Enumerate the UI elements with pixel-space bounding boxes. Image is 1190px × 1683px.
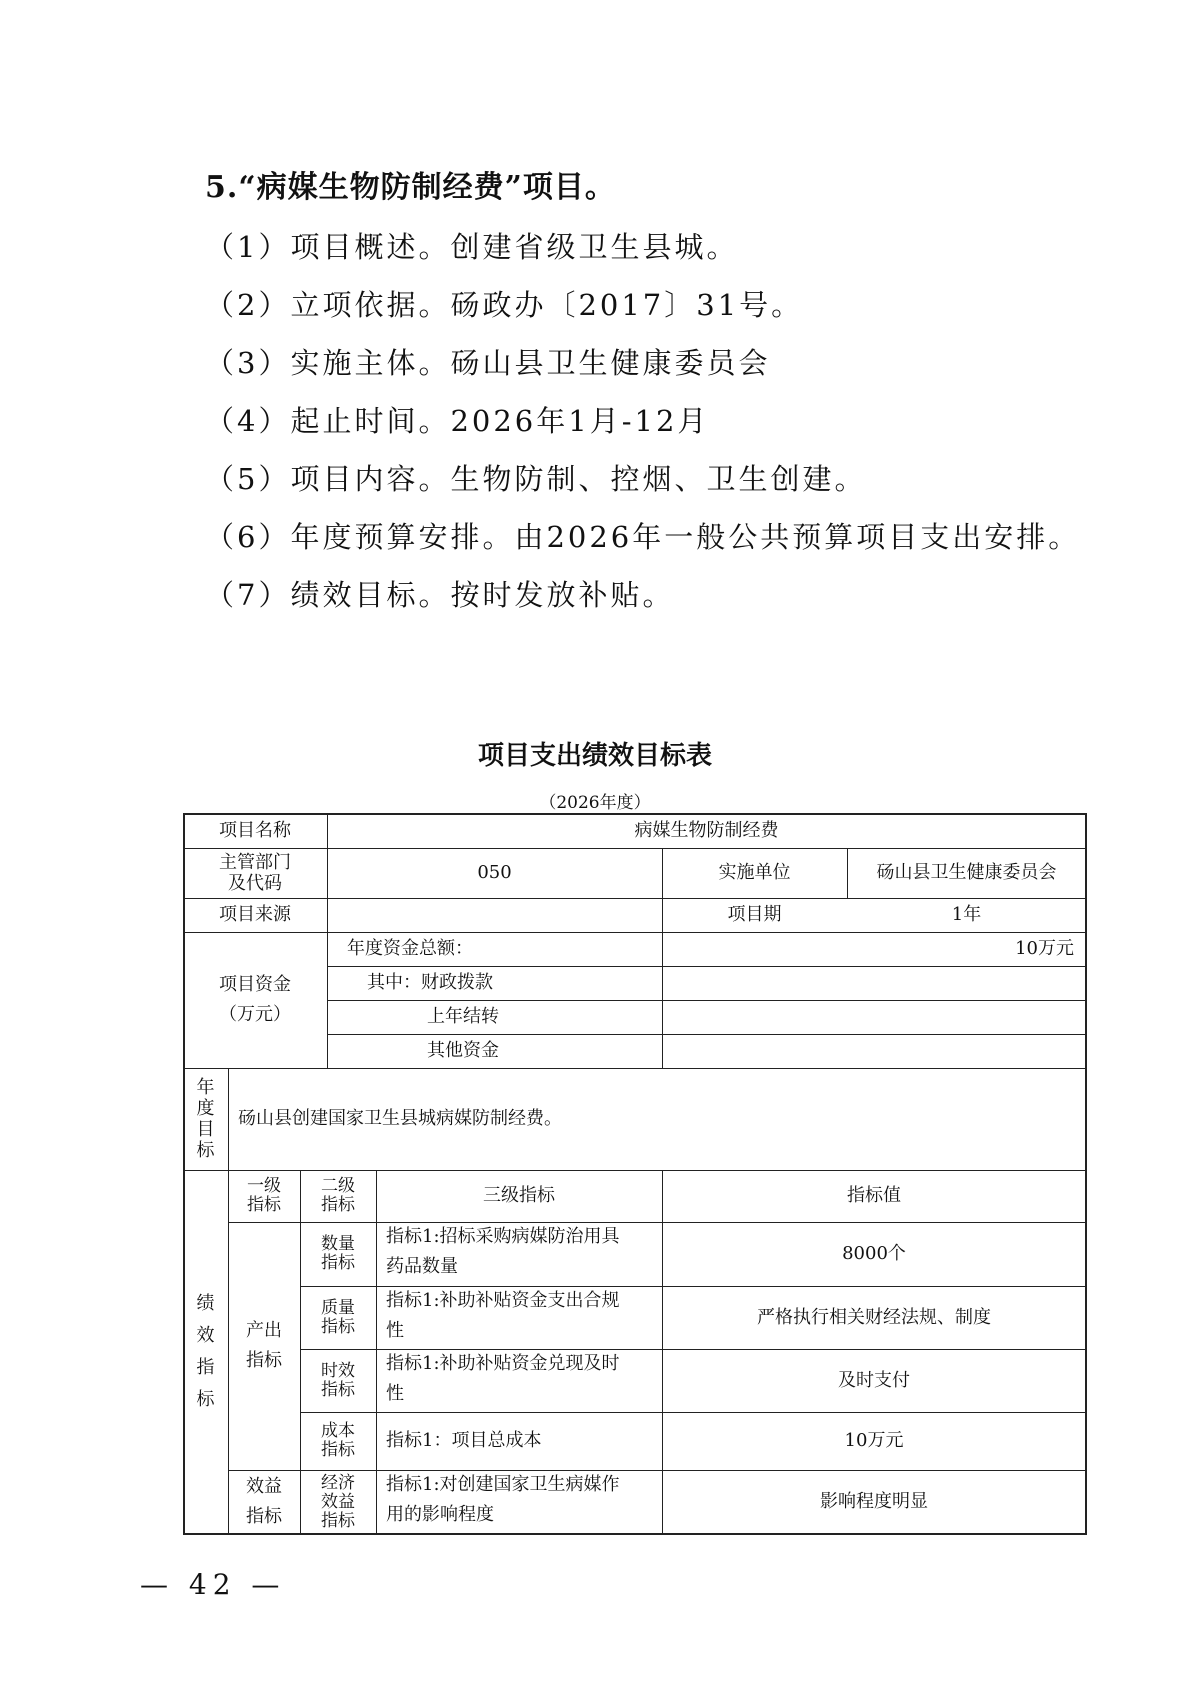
header-value: 指标值 xyxy=(662,1170,1086,1222)
level2-quantity: 数量 指标 xyxy=(300,1222,376,1286)
l2-text: 指标 xyxy=(321,1318,355,1337)
section-heading: 5.“病媒生物防制经费”项目。 xyxy=(205,162,616,206)
l2-text: 指标 xyxy=(321,1512,355,1531)
level3-economic-benefit: 指标1:对创建国家卫生病媒作 用的影响程度 xyxy=(376,1470,662,1534)
l3-text: 指标1:招标采购病媒防治用具 xyxy=(386,1222,620,1252)
value-quantity: 8000个 xyxy=(662,1222,1086,1286)
l2-text: 质量 xyxy=(321,1299,355,1318)
project-name-value: 病媒生物防制经费 xyxy=(327,813,1086,848)
funds-total-label: 年度资金总额： xyxy=(327,932,662,966)
period-value: 1年 xyxy=(847,898,1086,932)
funds-other-label: 其他资金 xyxy=(327,1034,662,1068)
dept-label: 主管部门 及代码 xyxy=(183,848,327,898)
impl-unit-value: 砀山县卫生健康委员会 xyxy=(847,848,1086,898)
level3-quantity: 指标1:招标采购病媒防治用具 药品数量 xyxy=(376,1222,662,1286)
annual-goal-char: 标 xyxy=(197,1140,215,1161)
level2-timeliness: 时效 指标 xyxy=(300,1349,376,1412)
l3-text: 指标1:对创建国家卫生病媒作 xyxy=(386,1470,620,1500)
l3-text: 药品数量 xyxy=(386,1252,458,1282)
header-text: 二级 xyxy=(321,1177,355,1196)
performance-label: 绩 效 指 标 xyxy=(183,1170,228,1534)
funds-carryover-label: 上年结转 xyxy=(327,1000,662,1034)
output-indicator-label: 产出 指标 xyxy=(228,1222,300,1470)
level2-cost: 成本 指标 xyxy=(300,1412,376,1470)
header-level3: 三级指标 xyxy=(376,1170,662,1222)
item-content: （5）项目内容。生物防制、控烟、卫生创建。 xyxy=(205,457,866,498)
funds-label-line1: 项目资金 xyxy=(219,970,291,1000)
benefit-label-text: 效益 xyxy=(246,1472,282,1502)
l2-text: 指标 xyxy=(321,1381,355,1400)
output-label-text: 指标 xyxy=(246,1346,282,1376)
dept-code-value: 050 xyxy=(327,848,662,898)
item-overview: （1）项目概述。创建省级卫生县城。 xyxy=(205,225,738,266)
l2-text: 效益 xyxy=(321,1493,355,1512)
header-text: 指标 xyxy=(247,1196,281,1215)
period-label: 项目期 xyxy=(662,898,847,932)
value-economic-benefit: 影响程度明显 xyxy=(662,1470,1086,1534)
annual-goal-label: 年 度 目 标 xyxy=(183,1068,228,1170)
source-label: 项目来源 xyxy=(183,898,327,932)
table-subtitle: （2026年度） xyxy=(0,788,1190,813)
level3-cost: 指标1：项目总成本 xyxy=(376,1412,662,1470)
item-entity: （3）实施主体。砀山县卫生健康委员会 xyxy=(205,341,770,382)
funds-carryover-value xyxy=(662,1000,1086,1034)
page-number: — 42 — xyxy=(140,1568,285,1601)
l3-text: 用的影响程度 xyxy=(386,1500,494,1530)
benefit-indicator-label: 效益 指标 xyxy=(228,1470,300,1534)
l3-text: 指标1:补助补贴资金兑现及时 xyxy=(386,1349,620,1379)
funds-fiscal-label: 其中：财政拨款 xyxy=(327,966,662,1000)
impl-unit-label: 实施单位 xyxy=(662,848,847,898)
perf-char: 绩 xyxy=(197,1288,215,1320)
funds-label-line2: （万元） xyxy=(219,1000,291,1030)
annual-goal-char: 度 xyxy=(197,1098,215,1119)
item-budget: （6）年度预算安排。由2026年一般公共预算项目支出安排。 xyxy=(205,515,1080,556)
source-value xyxy=(327,898,662,932)
perf-char: 标 xyxy=(197,1384,215,1416)
l3-text: 指标1:补助补贴资金支出合规 xyxy=(386,1286,620,1316)
perf-char: 效 xyxy=(197,1320,215,1352)
output-label-text: 产出 xyxy=(246,1316,282,1346)
item-period: （4）起止时间。2026年1月-12月 xyxy=(205,399,709,440)
funds-label: 项目资金 （万元） xyxy=(183,932,327,1068)
l2-text: 时效 xyxy=(321,1362,355,1381)
project-name-label: 项目名称 xyxy=(183,813,327,848)
perf-char: 指 xyxy=(197,1352,215,1384)
dept-label-line1: 主管部门 xyxy=(219,852,291,873)
annual-goal-value: 砀山县创建国家卫生县城病媒防制经费。 xyxy=(228,1068,1086,1170)
l2-text: 指标 xyxy=(321,1441,355,1460)
dept-label-line2: 及代码 xyxy=(228,873,282,894)
l2-text: 经济 xyxy=(321,1474,355,1493)
level3-quality: 指标1:补助补贴资金支出合规 性 xyxy=(376,1286,662,1349)
l2-text: 指标 xyxy=(321,1254,355,1273)
l3-text: 性 xyxy=(386,1379,404,1409)
funds-other-value xyxy=(662,1034,1086,1068)
funds-fiscal-value xyxy=(662,966,1086,1000)
l3-text: 性 xyxy=(386,1316,404,1346)
level2-economic-benefit: 经济 效益 指标 xyxy=(300,1470,376,1534)
level3-timeliness: 指标1:补助补贴资金兑现及时 性 xyxy=(376,1349,662,1412)
header-level2: 二级 指标 xyxy=(300,1170,376,1222)
header-level1: 一级 指标 xyxy=(228,1170,300,1222)
header-text: 指标 xyxy=(321,1196,355,1215)
header-text: 一级 xyxy=(247,1177,281,1196)
value-cost: 10万元 xyxy=(662,1412,1086,1470)
value-timeliness: 及时支付 xyxy=(662,1349,1086,1412)
item-goal: （7）绩效目标。按时发放补贴。 xyxy=(205,573,674,614)
level2-quality: 质量 指标 xyxy=(300,1286,376,1349)
annual-goal-char: 年 xyxy=(197,1077,215,1098)
value-quality: 严格执行相关财经法规、制度 xyxy=(662,1286,1086,1349)
l2-text: 成本 xyxy=(321,1422,355,1441)
l2-text: 数量 xyxy=(321,1235,355,1254)
funds-total-value: 10万元 xyxy=(662,932,1086,966)
item-basis: （2）立项依据。砀政办〔2017〕31号。 xyxy=(205,283,803,324)
benefit-label-text: 指标 xyxy=(246,1502,282,1532)
table-title: 项目支出绩效目标表 xyxy=(0,735,1190,772)
annual-goal-char: 目 xyxy=(197,1119,215,1140)
